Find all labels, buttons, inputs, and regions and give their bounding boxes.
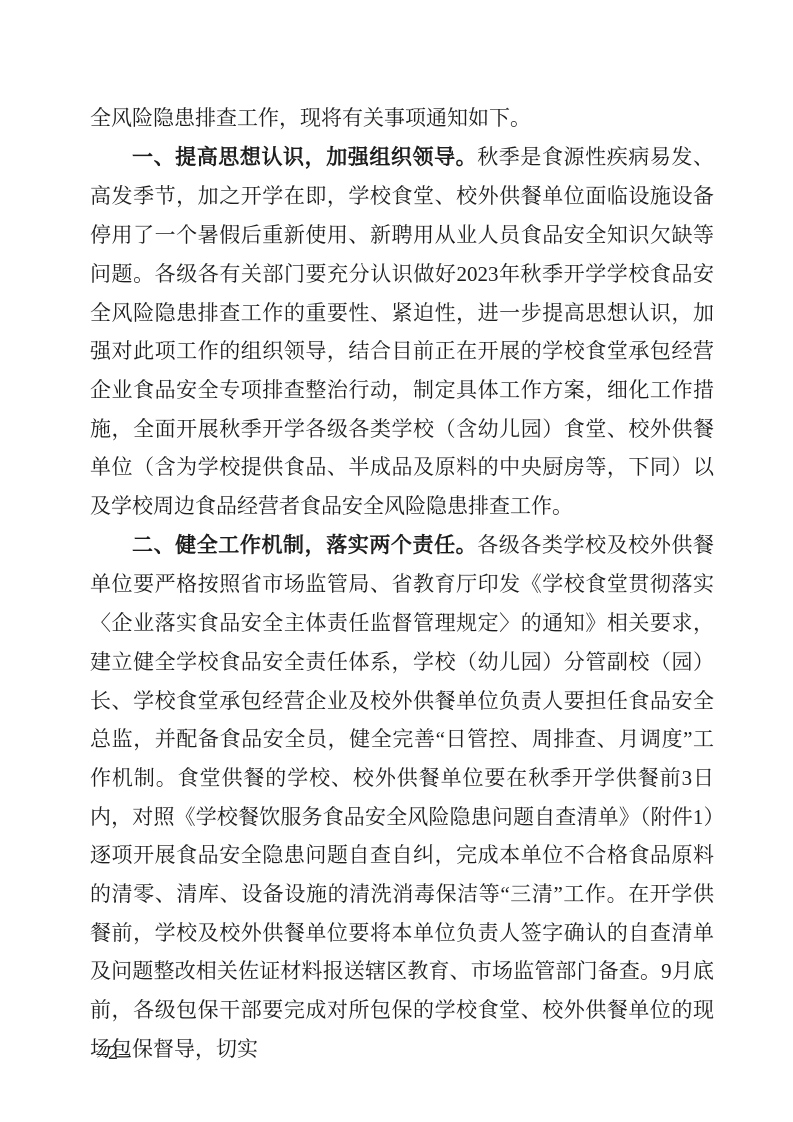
document-page: 全风险隐患排查工作，现将有关事项通知如下。一、提高思想认识，加强组织领导。秋季是… bbox=[0, 0, 793, 1122]
paragraph: 全风险隐患排查工作，现将有关事项通知如下。 bbox=[90, 99, 714, 138]
document-body: 全风险隐患排查工作，现将有关事项通知如下。一、提高思想认识，加强组织领导。秋季是… bbox=[90, 99, 714, 1069]
paragraph-heading: 二、健全工作机制，落实两个责任。 bbox=[132, 534, 477, 557]
paragraph-text: 秋季是食源性疾病易发、高发季节，加之开学在即，学校食堂、校外供餐单位面临设施设备… bbox=[90, 145, 714, 518]
page-number: –2– bbox=[97, 1041, 130, 1065]
paragraph: 一、提高思想认识，加强组织领导。秋季是食源性疾病易发、高发季节，加之开学在即，学… bbox=[90, 138, 714, 526]
paragraph-text: 各级各类学校及校外供餐单位要严格按照省市场监管局、省教育厅印发《学校食堂贯彻落实… bbox=[90, 533, 714, 1061]
paragraph: 二、健全工作机制，落实两个责任。各级各类学校及校外供餐单位要严格按照省市场监管局… bbox=[90, 526, 714, 1069]
paragraph-text: 全风险隐患排查工作，现将有关事项通知如下。 bbox=[90, 106, 531, 130]
paragraph-heading: 一、提高思想认识，加强组织领导。 bbox=[132, 146, 477, 169]
